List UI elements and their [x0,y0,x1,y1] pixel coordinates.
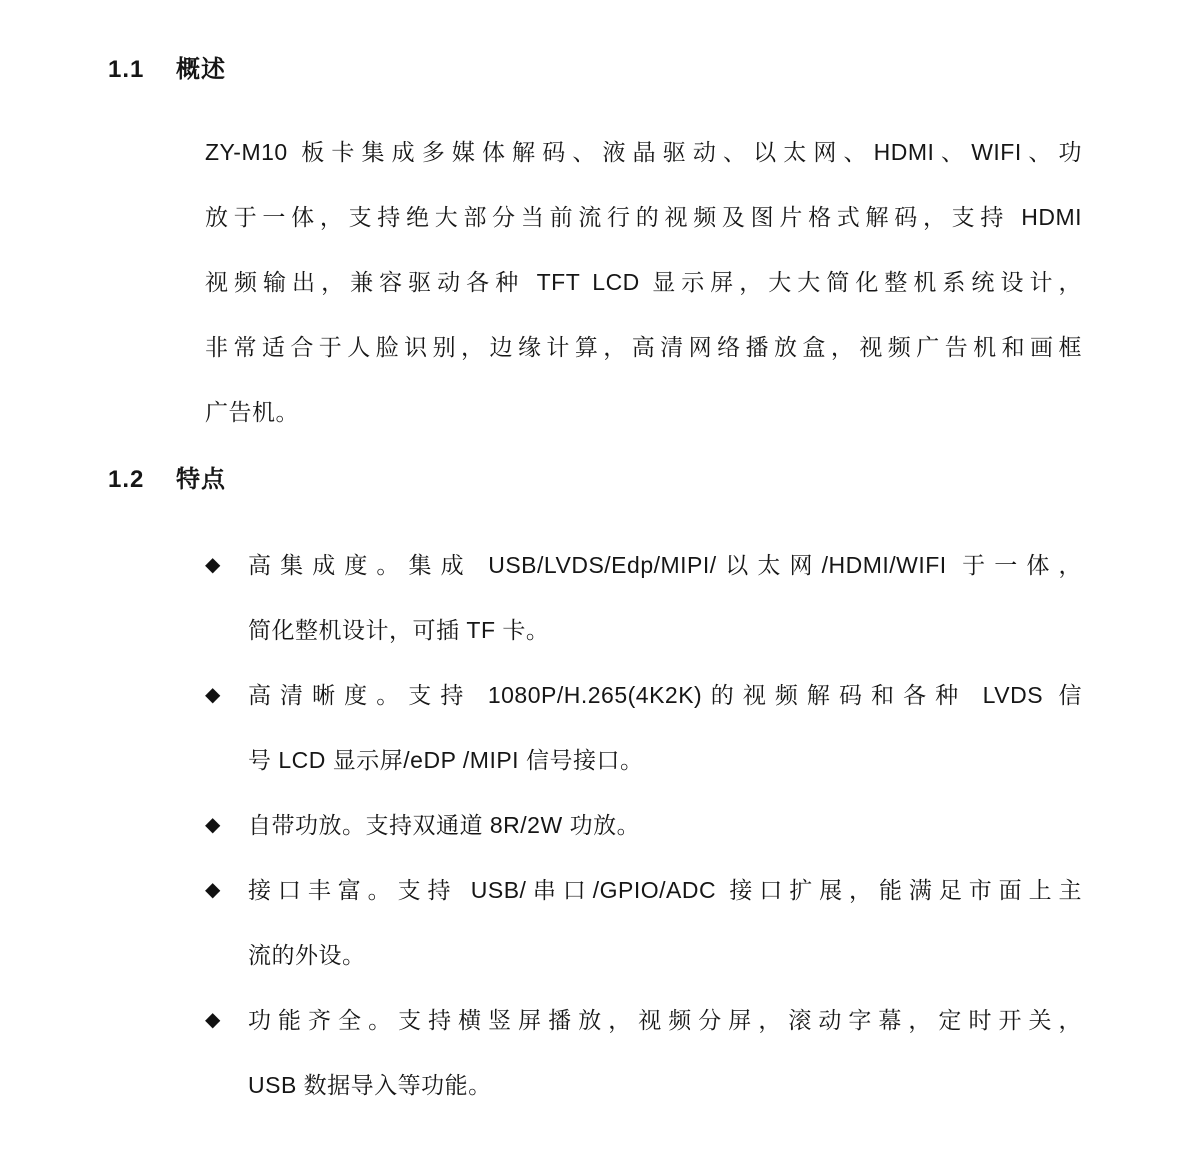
paragraph-line: 非常适合于人脸识别，边缘计算，高清网络播放盒，视频广告机和画框 [205,315,1082,380]
bullet-item: ◆ 接口丰富。支持 USB/串口/GPIO/ADC 接口扩展，能满足市面上主 流… [205,858,1082,988]
bullet-text: 自带功放。支持双通道 8R/2W 功放。 [248,793,1082,858]
bullet-line: 号 LCD 显示屏/eDP /MIPI 信号接口。 [248,728,1082,793]
paragraph-line: 视频输出，兼容驱动各种 TFT LCD 显示屏，大大简化整机系统设计， [205,250,1082,315]
bullet-line: 自带功放。支持双通道 8R/2W 功放。 [248,793,1082,858]
paragraph-line: 放于一体，支持绝大部分当前流行的视频及图片格式解码，支持 HDMI [205,185,1082,250]
bullet-diamond-icon: ◆ [205,663,248,728]
paragraph-line: 广告机。 [205,380,1082,445]
section-heading-overview: 1.1概述 [0,0,1190,85]
bullet-line: 高清晰度。支持 1080P/H.265(4K2K)的视频解码和各种 LVDS 信 [248,663,1082,728]
bullet-item: ◆ 高集成度。集成 USB/LVDS/Edp/MIPI/以太网/HDMI/WIF… [205,533,1082,663]
bullet-text: 高集成度。集成 USB/LVDS/Edp/MIPI/以太网/HDMI/WIFI … [248,533,1082,663]
bullet-text: 功能齐全。支持横竖屏播放，视频分屏，滚动字幕，定时开关， USB 数据导入等功能… [248,988,1082,1118]
bullet-diamond-icon: ◆ [205,988,248,1053]
bullet-text: 接口丰富。支持 USB/串口/GPIO/ADC 接口扩展，能满足市面上主 流的外… [248,858,1082,988]
bullet-line: USB 数据导入等功能。 [248,1053,1082,1118]
section-title-features: 特点 [176,466,226,493]
paragraph-line: ZY-M10 板卡集成多媒体解码、液晶驱动、以太网、HDMI、WIFI、功 [205,120,1082,185]
bullet-line: 高集成度。集成 USB/LVDS/Edp/MIPI/以太网/HDMI/WIFI … [248,533,1082,598]
section-number-overview: 1.1 [108,55,176,85]
bullet-line: 简化整机设计，可插 TF 卡。 [248,598,1082,663]
overview-paragraph: ZY-M10 板卡集成多媒体解码、液晶驱动、以太网、HDMI、WIFI、功 放于… [205,120,1082,445]
bullet-diamond-icon: ◆ [205,533,248,598]
section-number-features: 1.2 [108,465,176,495]
bullet-diamond-icon: ◆ [205,858,248,923]
bullet-diamond-icon: ◆ [205,793,248,858]
bullet-text: 高清晰度。支持 1080P/H.265(4K2K)的视频解码和各种 LVDS 信… [248,663,1082,793]
section-title-overview: 概述 [176,56,226,83]
bullet-line: 接口丰富。支持 USB/串口/GPIO/ADC 接口扩展，能满足市面上主 [248,858,1082,923]
bullet-line: 功能齐全。支持横竖屏播放，视频分屏，滚动字幕，定时开关， [248,988,1082,1053]
bullet-item: ◆ 自带功放。支持双通道 8R/2W 功放。 [205,793,1082,858]
document-page: 1.1概述 ZY-M10 板卡集成多媒体解码、液晶驱动、以太网、HDMI、WIF… [0,0,1190,1158]
bullet-item: ◆ 功能齐全。支持横竖屏播放，视频分屏，滚动字幕，定时开关， USB 数据导入等… [205,988,1082,1118]
bullet-line: 流的外设。 [248,923,1082,988]
features-list: ◆ 高集成度。集成 USB/LVDS/Edp/MIPI/以太网/HDMI/WIF… [205,533,1082,1118]
section-heading-features: 1.2特点 [0,465,1190,495]
bullet-item: ◆ 高清晰度。支持 1080P/H.265(4K2K)的视频解码和各种 LVDS… [205,663,1082,793]
